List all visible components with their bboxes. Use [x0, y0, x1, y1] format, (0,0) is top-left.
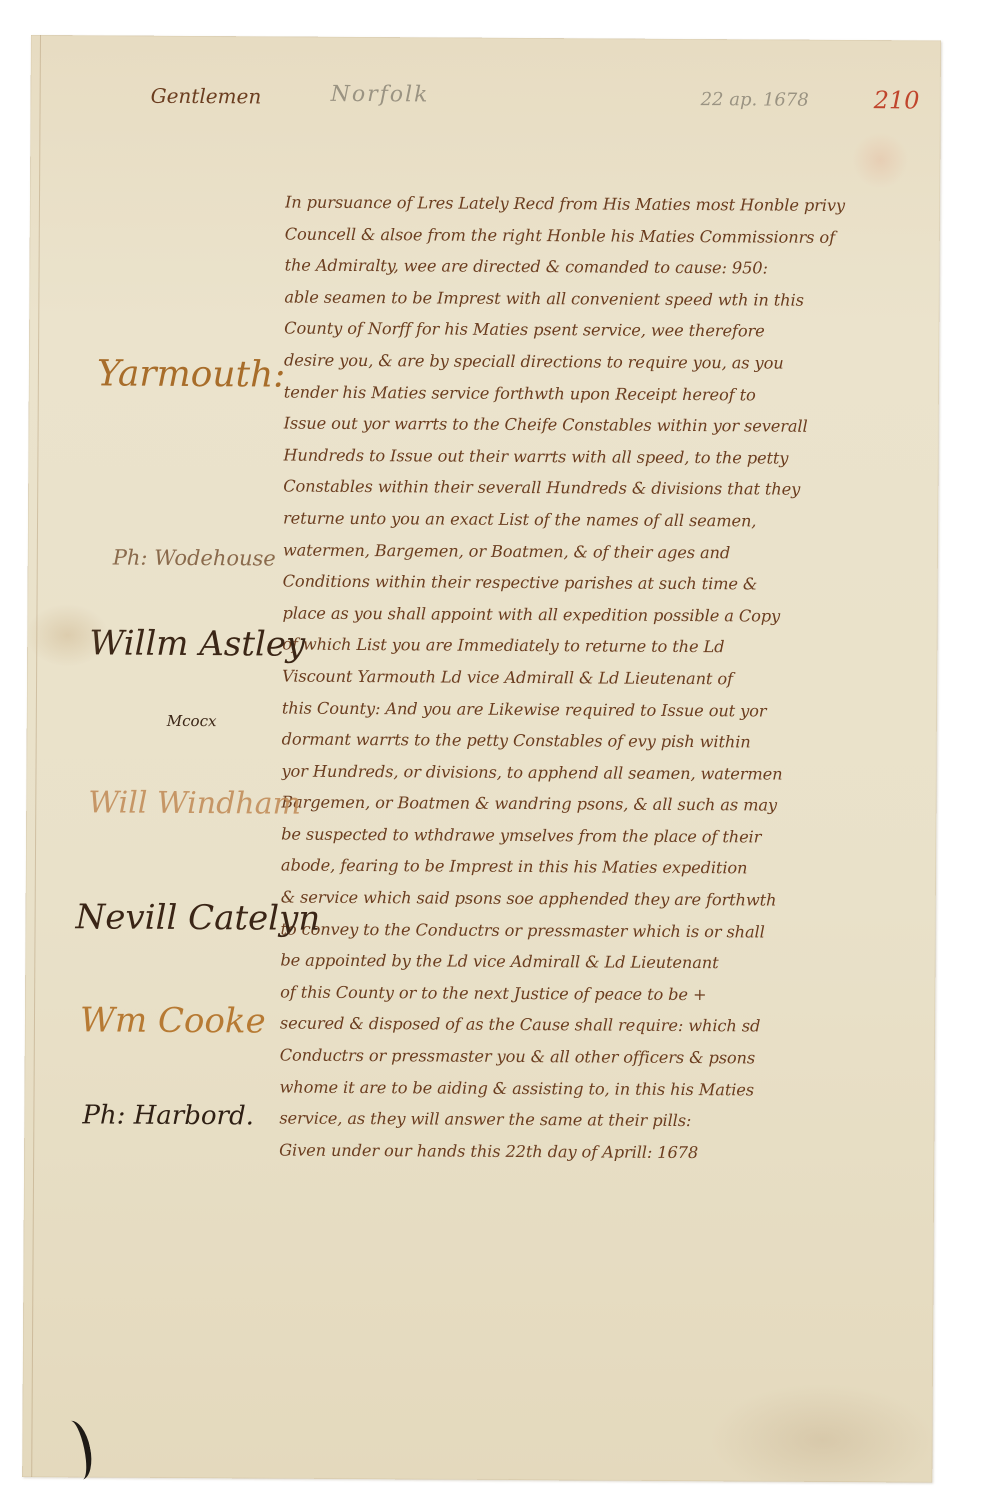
body-line: abode, fearing to be Imprest in this his… — [281, 850, 971, 886]
body-line: of which List you are Immediately to ret… — [282, 629, 972, 665]
body-line: Given under our hands this 22th day of A… — [279, 1134, 969, 1170]
body-line: dormant warrts to the petty Constables o… — [282, 724, 972, 760]
body-line: service, as they will answer the same at… — [279, 1103, 969, 1139]
body-line: Issue out yor warrts to the Cheife Const… — [284, 408, 974, 444]
date-annotation: 22 ap. 1678 — [701, 89, 809, 111]
body-line: to convey to the Conductrs or pressmaste… — [280, 913, 970, 949]
signature-wodehouse: Ph: Wodehouse — [113, 546, 276, 571]
signature-harbord: Ph: Harbord. — [82, 1100, 254, 1131]
salutation: Gentlemen — [151, 84, 262, 109]
signature-astley-suffix: Mcocx — [167, 712, 217, 730]
signature-yarmouth: Yarmouth: — [97, 353, 286, 395]
body-line: yor Hundreds, or divisions, to apphend a… — [281, 755, 971, 791]
body-line: & service which said psons soe apphended… — [281, 882, 971, 918]
signature-astley: Willm Astley — [89, 623, 305, 664]
body-line: returne unto you an exact List of the na… — [283, 502, 973, 538]
body-line: the Admiralty, wee are directed & comand… — [284, 250, 974, 286]
body-line: place as you shall appoint with all expe… — [282, 597, 972, 633]
signature-cooke: Wm Cooke — [80, 1000, 266, 1041]
folio-number: 210 — [874, 86, 920, 114]
signature-catelyn: Nevill Catelyn — [75, 897, 320, 938]
body-line: Constables within their severall Hundred… — [283, 471, 973, 507]
body-line: tender his Maties service forthwth upon … — [284, 376, 974, 412]
county-annotation: Norfolk — [331, 82, 430, 108]
body-line: this County: And you are Likewise requir… — [282, 692, 972, 728]
body-line: Conductrs or pressmaster you & all other… — [280, 1040, 970, 1076]
body-line: Bargemen, or Boatmen & wandring psons, &… — [281, 787, 971, 823]
body-line: Councell & alsoe from the right Honble h… — [285, 218, 975, 254]
body-line: Hundreds to Issue out their warrts with … — [283, 439, 973, 475]
signature-windham: Will Windham — [88, 785, 301, 821]
body-line: able seamen to be Imprest with all conve… — [284, 281, 974, 317]
body-line: Viscount Yarmouth Ld vice Admirall & Ld … — [282, 660, 972, 696]
body-line: of this County or to the next Justice of… — [280, 976, 970, 1012]
body-line: be appointed by the Ld vice Admirall & L… — [280, 945, 970, 981]
body-line: In pursuance of Lres Lately Recd from Hi… — [285, 187, 975, 223]
body-line: desire you, & are by speciall directions… — [284, 345, 974, 381]
body-line: secured & disposed of as the Cause shall… — [280, 1008, 970, 1044]
body-line: whome it are to be aiding & assisting to… — [279, 1071, 969, 1107]
body-line: watermen, Bargemen, or Boatmen, & of the… — [283, 534, 973, 570]
manuscript-page: Gentlemen Norfolk 22 ap. 1678 210 In pur… — [22, 35, 941, 1483]
letter-body: In pursuance of Lres Lately Recd from Hi… — [279, 187, 975, 1171]
body-line: County of Norff for his Maties psent ser… — [284, 313, 974, 349]
body-line: be suspected to wthdrawe ymselves from t… — [281, 818, 971, 854]
ink-mark — [57, 1418, 97, 1482]
body-line: Conditions within their respective paris… — [283, 566, 973, 602]
